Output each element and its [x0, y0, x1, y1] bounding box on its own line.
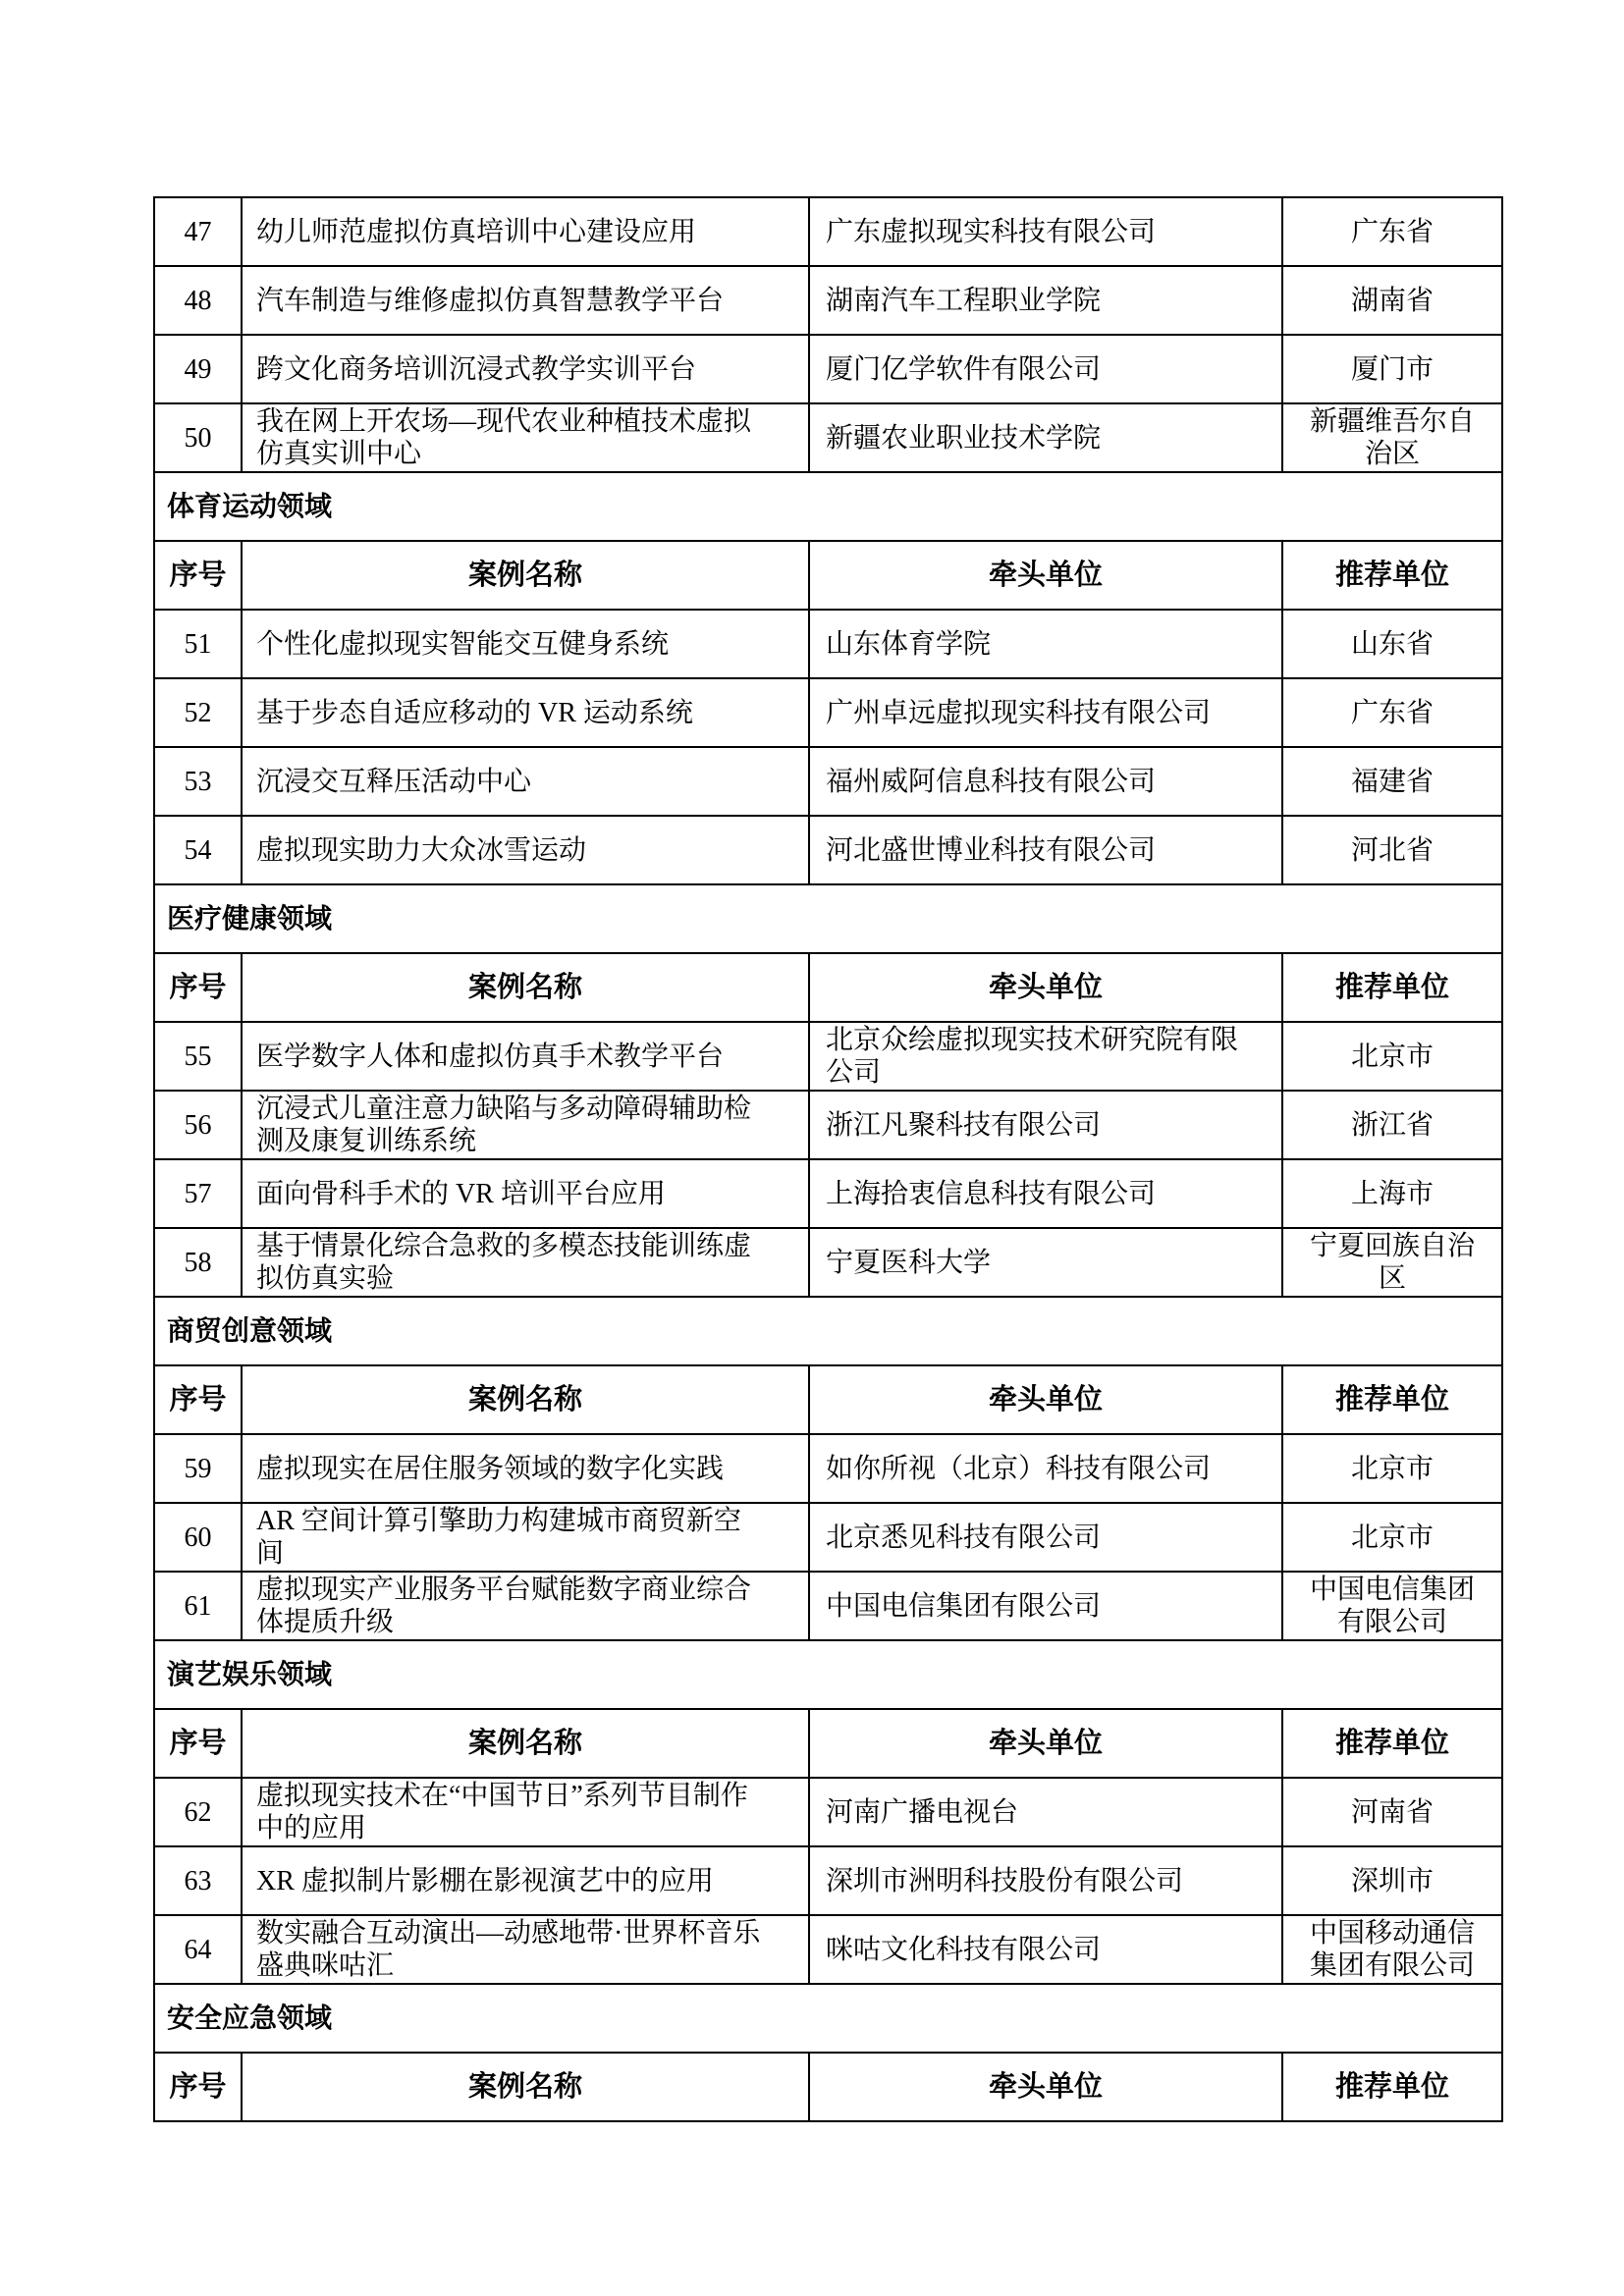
cell-name: 虚拟现实在居住服务领域的数字化实践	[242, 1434, 809, 1503]
cell-rec: 厦门市	[1282, 335, 1502, 403]
cell-lead: 如你所视（北京）科技有限公司	[809, 1434, 1282, 1503]
cell-lead: 河北盛世博业科技有限公司	[809, 816, 1282, 884]
section-title: 演艺娱乐领域	[154, 1640, 1502, 1709]
table-row: 49跨文化商务培训沉浸式教学实训平台厦门亿学软件有限公司厦门市	[154, 335, 1502, 403]
cell-name: 沉浸交互释压活动中心	[242, 747, 809, 816]
cell-rec: 上海市	[1282, 1159, 1502, 1228]
column-header-lead: 牵头单位	[809, 541, 1282, 610]
table-row: 47幼儿师范虚拟仿真培训中心建设应用广东虚拟现实科技有限公司广东省	[154, 197, 1502, 266]
cell-num: 57	[154, 1159, 242, 1228]
section-row: 体育运动领域	[154, 472, 1502, 541]
column-header-rec: 推荐单位	[1282, 2053, 1502, 2121]
section-title: 医疗健康领域	[154, 884, 1502, 953]
cell-rec: 广东省	[1282, 678, 1502, 747]
cell-num: 55	[154, 1022, 242, 1091]
cell-name: 跨文化商务培训沉浸式教学实训平台	[242, 335, 809, 403]
table-row: 58基于情景化综合急救的多模态技能训练虚拟仿真实验宁夏医科大学宁夏回族自治区	[154, 1228, 1502, 1297]
cell-rec: 山东省	[1282, 610, 1502, 678]
cell-rec: 深圳市	[1282, 1846, 1502, 1915]
section-title: 安全应急领域	[154, 1984, 1502, 2053]
cell-lead: 中国电信集团有限公司	[809, 1572, 1282, 1640]
cell-rec: 北京市	[1282, 1022, 1502, 1091]
cell-rec: 北京市	[1282, 1434, 1502, 1503]
cell-lead: 宁夏医科大学	[809, 1228, 1282, 1297]
cell-name: XR 虚拟制片影棚在影视演艺中的应用	[242, 1846, 809, 1915]
section-row: 商贸创意领域	[154, 1297, 1502, 1365]
table-row: 56沉浸式儿童注意力缺陷与多动障碍辅助检测及康复训练系统浙江凡聚科技有限公司浙江…	[154, 1091, 1502, 1159]
header-row: 序号案例名称牵头单位推荐单位	[154, 1365, 1502, 1434]
cell-rec: 浙江省	[1282, 1091, 1502, 1159]
table-row: 63XR 虚拟制片影棚在影视演艺中的应用深圳市洲明科技股份有限公司深圳市	[154, 1846, 1502, 1915]
column-header-lead: 牵头单位	[809, 953, 1282, 1022]
cell-lead: 广东虚拟现实科技有限公司	[809, 197, 1282, 266]
table-row: 48汽车制造与维修虚拟仿真智慧教学平台湖南汽车工程职业学院湖南省	[154, 266, 1502, 335]
table-row: 53沉浸交互释压活动中心福州威阿信息科技有限公司福建省	[154, 747, 1502, 816]
cell-rec: 湖南省	[1282, 266, 1502, 335]
cell-rec: 中国电信集团有限公司	[1282, 1572, 1502, 1640]
cell-num: 63	[154, 1846, 242, 1915]
header-row: 序号案例名称牵头单位推荐单位	[154, 953, 1502, 1022]
cell-num: 48	[154, 266, 242, 335]
cell-name: 基于情景化综合急救的多模态技能训练虚拟仿真实验	[242, 1228, 809, 1297]
cell-lead: 北京众绘虚拟现实技术研究院有限公司	[809, 1022, 1282, 1091]
document-page: 47幼儿师范虚拟仿真培训中心建设应用广东虚拟现实科技有限公司广东省48汽车制造与…	[0, 0, 1624, 2296]
cell-rec: 河北省	[1282, 816, 1502, 884]
column-header-name: 案例名称	[242, 2053, 809, 2121]
cell-lead: 河南广播电视台	[809, 1778, 1282, 1846]
cell-lead: 咪咕文化科技有限公司	[809, 1915, 1282, 1984]
table-row: 55医学数字人体和虚拟仿真手术教学平台北京众绘虚拟现实技术研究院有限公司北京市	[154, 1022, 1502, 1091]
table-row: 61虚拟现实产业服务平台赋能数字商业综合体提质升级中国电信集团有限公司中国电信集…	[154, 1572, 1502, 1640]
column-header-num: 序号	[154, 2053, 242, 2121]
cell-name: 医学数字人体和虚拟仿真手术教学平台	[242, 1022, 809, 1091]
table-row: 62虚拟现实技术在“中国节日”系列节目制作中的应用河南广播电视台河南省	[154, 1778, 1502, 1846]
header-row: 序号案例名称牵头单位推荐单位	[154, 2053, 1502, 2121]
cell-num: 64	[154, 1915, 242, 1984]
column-header-lead: 牵头单位	[809, 2053, 1282, 2121]
table-row: 54虚拟现实助力大众冰雪运动河北盛世博业科技有限公司河北省	[154, 816, 1502, 884]
cell-rec: 新疆维吾尔自治区	[1282, 403, 1502, 472]
cell-rec: 广东省	[1282, 197, 1502, 266]
cell-rec: 福建省	[1282, 747, 1502, 816]
cell-num: 61	[154, 1572, 242, 1640]
cell-lead: 厦门亿学软件有限公司	[809, 335, 1282, 403]
column-header-name: 案例名称	[242, 1365, 809, 1434]
cell-lead: 上海拾衷信息科技有限公司	[809, 1159, 1282, 1228]
header-row: 序号案例名称牵头单位推荐单位	[154, 1709, 1502, 1778]
table-row: 51个性化虚拟现实智能交互健身系统山东体育学院山东省	[154, 610, 1502, 678]
cell-lead: 深圳市洲明科技股份有限公司	[809, 1846, 1282, 1915]
cell-lead: 新疆农业职业技术学院	[809, 403, 1282, 472]
cell-lead: 山东体育学院	[809, 610, 1282, 678]
column-header-rec: 推荐单位	[1282, 1709, 1502, 1778]
cell-name: 我在网上开农场—现代农业种植技术虚拟仿真实训中心	[242, 403, 809, 472]
cell-name: 汽车制造与维修虚拟仿真智慧教学平台	[242, 266, 809, 335]
header-row: 序号案例名称牵头单位推荐单位	[154, 541, 1502, 610]
column-header-num: 序号	[154, 1365, 242, 1434]
section-row: 演艺娱乐领域	[154, 1640, 1502, 1709]
column-header-name: 案例名称	[242, 541, 809, 610]
cell-num: 56	[154, 1091, 242, 1159]
cell-num: 53	[154, 747, 242, 816]
column-header-num: 序号	[154, 1709, 242, 1778]
cell-name: 幼儿师范虚拟仿真培训中心建设应用	[242, 197, 809, 266]
section-row: 安全应急领域	[154, 1984, 1502, 2053]
cell-name: 虚拟现实技术在“中国节日”系列节目制作中的应用	[242, 1778, 809, 1846]
cell-name: AR 空间计算引擎助力构建城市商贸新空间	[242, 1503, 809, 1572]
column-header-name: 案例名称	[242, 1709, 809, 1778]
column-header-num: 序号	[154, 541, 242, 610]
section-title: 商贸创意领域	[154, 1297, 1502, 1365]
cell-name: 基于步态自适应移动的 VR 运动系统	[242, 678, 809, 747]
column-header-lead: 牵头单位	[809, 1365, 1282, 1434]
cell-name: 沉浸式儿童注意力缺陷与多动障碍辅助检测及康复训练系统	[242, 1091, 809, 1159]
cell-name: 个性化虚拟现实智能交互健身系统	[242, 610, 809, 678]
cell-rec: 河南省	[1282, 1778, 1502, 1846]
column-header-name: 案例名称	[242, 953, 809, 1022]
cell-num: 59	[154, 1434, 242, 1503]
cell-lead: 广州卓远虚拟现实科技有限公司	[809, 678, 1282, 747]
column-header-rec: 推荐单位	[1282, 541, 1502, 610]
cell-num: 60	[154, 1503, 242, 1572]
cell-num: 58	[154, 1228, 242, 1297]
cell-num: 49	[154, 335, 242, 403]
cell-num: 50	[154, 403, 242, 472]
cell-name: 虚拟现实助力大众冰雪运动	[242, 816, 809, 884]
section-row: 医疗健康领域	[154, 884, 1502, 953]
column-header-num: 序号	[154, 953, 242, 1022]
cell-num: 51	[154, 610, 242, 678]
cell-lead: 福州威阿信息科技有限公司	[809, 747, 1282, 816]
table-row: 64数实融合互动演出—动感地带·世界杯音乐盛典咪咕汇咪咕文化科技有限公司中国移动…	[154, 1915, 1502, 1984]
cell-lead: 北京悉见科技有限公司	[809, 1503, 1282, 1572]
column-header-rec: 推荐单位	[1282, 1365, 1502, 1434]
cell-rec: 宁夏回族自治区	[1282, 1228, 1502, 1297]
table-row: 60AR 空间计算引擎助力构建城市商贸新空间北京悉见科技有限公司北京市	[154, 1503, 1502, 1572]
cell-rec: 中国移动通信集团有限公司	[1282, 1915, 1502, 1984]
table-row: 52基于步态自适应移动的 VR 运动系统广州卓远虚拟现实科技有限公司广东省	[154, 678, 1502, 747]
cell-rec: 北京市	[1282, 1503, 1502, 1572]
case-table: 47幼儿师范虚拟仿真培训中心建设应用广东虚拟现实科技有限公司广东省48汽车制造与…	[153, 196, 1503, 2122]
cell-name: 虚拟现实产业服务平台赋能数字商业综合体提质升级	[242, 1572, 809, 1640]
table-row: 59虚拟现实在居住服务领域的数字化实践如你所视（北京）科技有限公司北京市	[154, 1434, 1502, 1503]
cell-num: 52	[154, 678, 242, 747]
column-header-rec: 推荐单位	[1282, 953, 1502, 1022]
cell-lead: 浙江凡聚科技有限公司	[809, 1091, 1282, 1159]
cell-name: 面向骨科手术的 VR 培训平台应用	[242, 1159, 809, 1228]
table-row: 50我在网上开农场—现代农业种植技术虚拟仿真实训中心新疆农业职业技术学院新疆维吾…	[154, 403, 1502, 472]
column-header-lead: 牵头单位	[809, 1709, 1282, 1778]
cell-num: 47	[154, 197, 242, 266]
cell-num: 54	[154, 816, 242, 884]
section-title: 体育运动领域	[154, 472, 1502, 541]
cell-num: 62	[154, 1778, 242, 1846]
cell-lead: 湖南汽车工程职业学院	[809, 266, 1282, 335]
table-row: 57面向骨科手术的 VR 培训平台应用上海拾衷信息科技有限公司上海市	[154, 1159, 1502, 1228]
cell-name: 数实融合互动演出—动感地带·世界杯音乐盛典咪咕汇	[242, 1915, 809, 1984]
